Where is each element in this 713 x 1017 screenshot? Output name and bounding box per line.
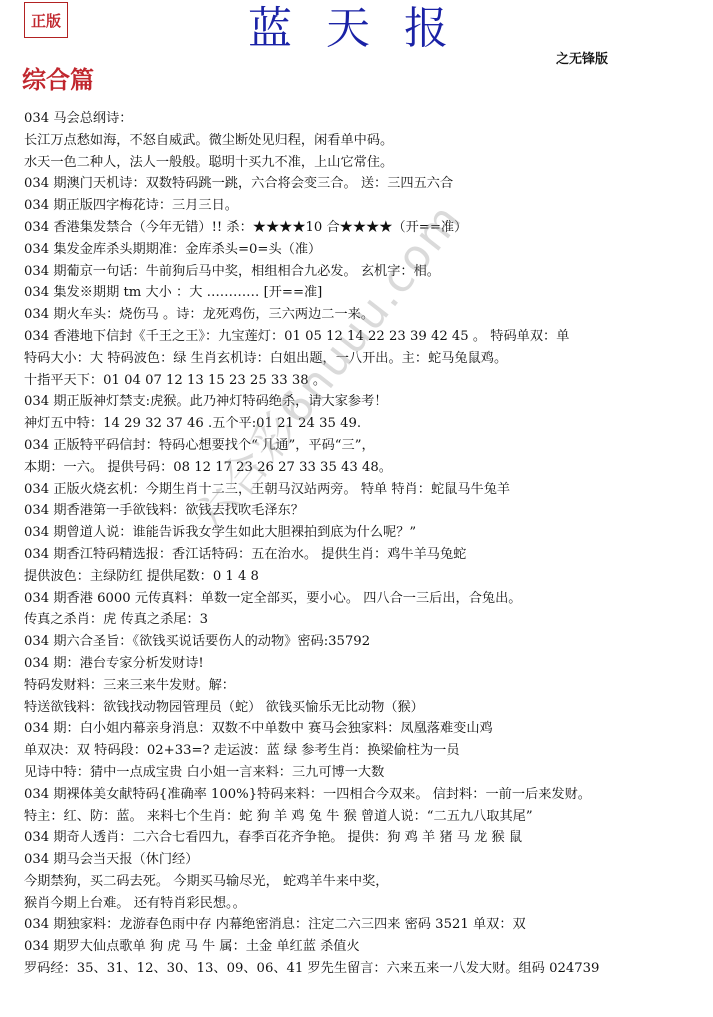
text-line: 034 马会总纲诗：	[24, 108, 704, 130]
text-line: 034 期：港台专家分析发财诗!	[24, 653, 704, 675]
text-line: 034 期独家料：龙游春色雨中存 内幕绝密消息：注定二六三四来 密码 3521 …	[24, 914, 704, 936]
text-line: 神灯五中特：14 29 32 37 46 .五个平:01 21 24 35 49…	[24, 413, 704, 435]
text-line: 单双决：双 特码段：02+33=? 走运波：蓝 绿 参考生肖：换梁偷柱为一员	[24, 740, 704, 762]
text-line: 034 期澳门天机诗：双数特码跳一跳，六合将会变三合。 送：三四五六合	[24, 173, 704, 195]
text-line: 034 期罗大仙点歌单 狗 虎 马 牛 属：土金 单红蓝 杀值火	[24, 936, 704, 958]
text-line: 特码发财料：三来三来牛发财。解：	[24, 675, 704, 697]
text-line: 提供波色：主绿防红 提供尾数：0 1 4 8	[24, 566, 704, 588]
text-line: 034 期火车头：烧伤马 。诗：龙死鸡伤，三六两边二一来。	[24, 304, 704, 326]
text-line: 034 期正版四字梅花诗：三月三日。	[24, 195, 704, 217]
content-lines: 034 马会总纲诗： 长江万点愁如海，不怒自威武。微尘断处见归程，闲看单中码。 …	[24, 108, 704, 980]
text-line: 034 期正版神灯禁支:虎猴。此乃神灯特码绝杀，请大家参考！	[24, 391, 704, 413]
text-line: 034 集发金库杀头期期准：金库杀头=0=头（准）	[24, 239, 704, 261]
stamp-label: 正版	[31, 10, 61, 31]
text-line: 034 期香港第一手欲钱料：欲钱去找吹毛泽东？	[24, 500, 704, 522]
text-line: 034 期：白小姐内幕亲身消息：双数不中单数中 赛马会独家料：凤凰落难变山鸡	[24, 718, 704, 740]
text-line: 034 香港集发禁合（今年无错）!! 杀：★★★★10 合★★★★（开==准）	[24, 217, 704, 239]
text-line: 特送欲钱料：欲钱找动物园管理员（蛇） 欲钱买愉乐无比动物（猴）	[24, 697, 704, 719]
text-line: 034 期香港 6000 元传真料：单数一定全部买，要小心。 四八合一三后出，合…	[24, 588, 704, 610]
page-title: 蓝 天 报	[248, 2, 448, 56]
text-line: 本期：一六。 提供号码：08 12 17 23 26 27 33 35 43 4…	[24, 457, 704, 479]
title-char-1: 蓝	[248, 2, 292, 56]
text-line: 见诗中特：猜中一点成宝贵 白小姐一言来料：三九可博一大数	[24, 762, 704, 784]
section-heading: 综合篇	[22, 60, 94, 95]
text-line: 034 期奇人透肖：二六合七看四九，春季百花齐争艳。 提供：狗 鸡 羊 猪 马 …	[24, 827, 704, 849]
text-line: 034 正版特平码信封：特码心想要找个“ 几通”，平码“三”，	[24, 435, 704, 457]
title-char-2: 天	[326, 2, 370, 56]
title-char-3: 报	[404, 2, 448, 56]
text-line: 034 香港地下信封《千王之王》：九宝莲灯：01 05 12 14 22 23 …	[24, 326, 704, 348]
text-line: 034 期曾道人说：谁能告诉我女学生如此大胆裸拍到底为什么呢？”	[24, 522, 704, 544]
text-line: 特主：红、防：蓝。 来料七个生肖：蛇 狗 羊 鸡 兔 牛 猴 曾道人说：“二五九…	[24, 806, 704, 828]
text-line: 034 集发※期期 tm 大小 ：大 ………… [开==准]	[24, 282, 704, 304]
text-line: 特码大小：大 特码波色：绿 生肖玄机诗：白姐出题，一八开出。主：蛇马兔鼠鸡。	[24, 348, 704, 370]
text-line: 十指平天下：01 04 07 12 13 15 23 25 33 38 。	[24, 370, 704, 392]
text-line: 034 期香江特码精选报：香江话特码：五在治水。 提供生肖：鸡牛羊马兔蛇	[24, 544, 704, 566]
text-line: 长江万点愁如海，不怒自威武。微尘断处见归程，闲看单中码。	[24, 130, 704, 152]
text-line: 水天一色二种人，法人一般般。聪明十买九不准，上山它常住。	[24, 152, 704, 174]
text-line: 罗码经：35、31、12、30、13、09、06、41 罗先生留言：六来五来一八…	[24, 958, 704, 980]
text-line: 今期禁狗，买二码去死。 今期买马输尽光， 蛇鸡羊牛来中奖，	[24, 871, 704, 893]
text-line: 034 正版火烧玄机：今期生肖十二三，王朝马汉站两旁。 特单 特肖：蛇鼠马牛兔羊	[24, 479, 704, 501]
edition-label: 之无锋版	[556, 48, 608, 67]
text-line: 034 期裸体美女献特码{准确率 100%}特码来料：一四相合今双来。 信封料：…	[24, 784, 704, 806]
zhengban-stamp: 正版	[24, 2, 68, 38]
text-line: 034 期葡京一句话：牛前狗后马中奖，相组相合九必发。 玄机字：相。	[24, 261, 704, 283]
text-line: 猴肖今期上台难。 还有特肖彩民想。。	[24, 893, 704, 915]
text-line: 034 期六合圣旨：《欲钱买说话要伤人的动物》密码:35792	[24, 631, 704, 653]
text-line: 034 期马会当天报（休门经）	[24, 849, 704, 871]
text-line: 传真之杀肖：虎 传真之杀尾：3	[24, 609, 704, 631]
